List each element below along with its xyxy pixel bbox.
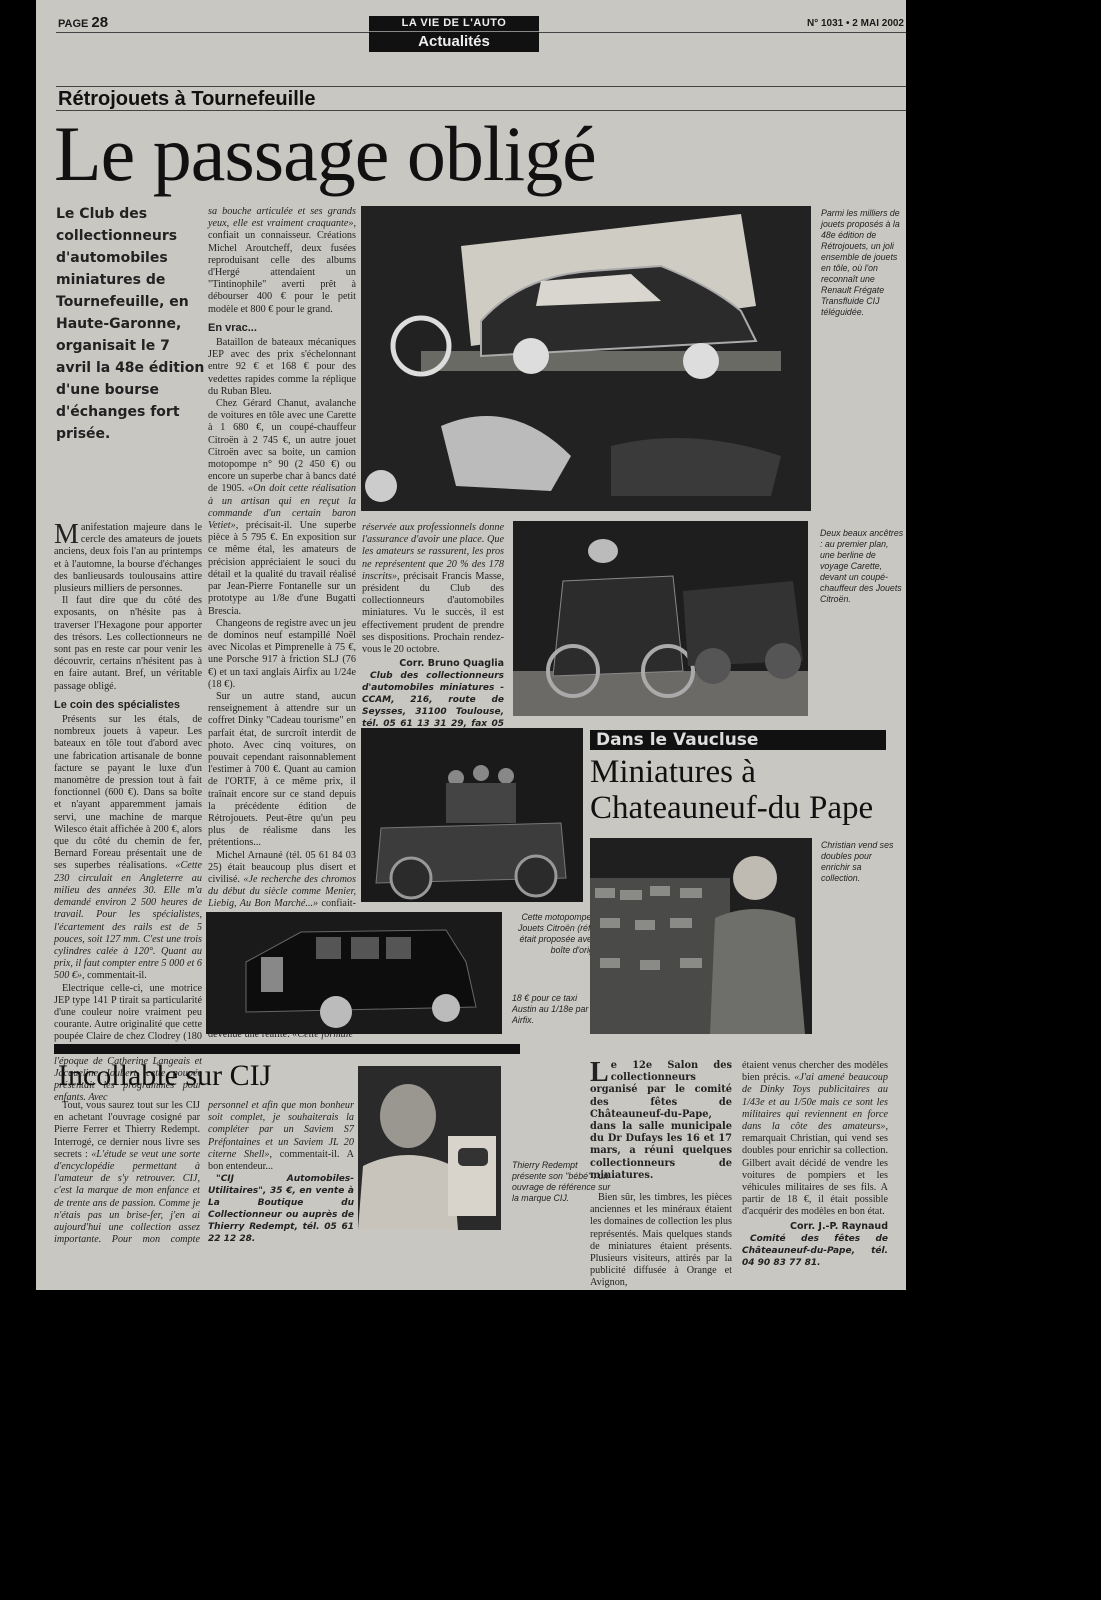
- page-number: PAGE 28: [58, 14, 108, 31]
- carette-photo: [513, 521, 808, 716]
- paragraph: Sur un autre stand, aucun renseignement …: [208, 691, 356, 850]
- headline-line-2: Chateauneuf-du Pape: [590, 790, 873, 826]
- newspaper-page: PAGE 28 LA VIE DE L'AUTO Actualités N° 1…: [36, 0, 906, 1290]
- tin-car-illustration: [361, 206, 811, 511]
- paragraph: Il faut dire que du côté des exposants, …: [54, 595, 202, 693]
- signature: Corr. J.-P. Raynaud: [742, 1221, 888, 1233]
- taxi-illustration: [206, 912, 502, 1034]
- motopompe-photo: [361, 728, 583, 902]
- paragraph: , précisait-il. Une superbe pièce à 5 79…: [208, 520, 356, 616]
- headline: Le passage obligé: [54, 112, 596, 196]
- article-column-1: Manifestation majeure dans le cercle des…: [54, 522, 202, 1105]
- drop-cap: M: [54, 524, 79, 546]
- article-lead: Le Club des collectionneurs d'automobile…: [56, 203, 206, 445]
- section-rubric: LA VIE DE L'AUTO Actualités: [369, 16, 539, 52]
- antique-car-illustration: [513, 521, 808, 716]
- paragraph: , confiait un connaisseur. Créations Mic…: [208, 218, 356, 314]
- book-info: "CIJ Automobiles-Utilitaires", 35 €, en …: [208, 1173, 354, 1245]
- cij-box-bar: [54, 1044, 520, 1054]
- cij-caption: Thierry Redempt présente son "bébé" : un…: [512, 1160, 612, 1204]
- vaucluse-headline: Miniatures à Chateauneuf-du Pape: [590, 754, 873, 826]
- austin-taxi-photo: [206, 912, 502, 1034]
- christian-photo: [590, 838, 812, 1034]
- headline-line-1: Miniatures à: [590, 754, 873, 790]
- collector-stand-illustration: [590, 838, 812, 1034]
- rubric-bottom: Actualités: [369, 32, 539, 50]
- vaucluse-column-2: étaient venus chercher des modèles bien …: [742, 1060, 888, 1269]
- kicker-rule-top: [56, 86, 906, 87]
- issue-date: N° 1031 • 2 MAI 2002: [807, 18, 904, 29]
- kicker: Rétrojouets à Tournefeuille: [58, 88, 315, 111]
- paragraph: Chez Gérard Chanut, avalanche de voiture…: [208, 398, 356, 494]
- paragraph: Changeons de registre avec un jeu de dom…: [208, 618, 356, 691]
- cij-body: Tout, vous saurez tout sur les CIJ en ac…: [54, 1100, 354, 1246]
- subhead-en-vrac: En vrac...: [208, 322, 356, 334]
- paragraph: Bataillon de bateaux mécaniques JEP avec…: [208, 337, 356, 398]
- paragraph: , remarquait Christian, qui vend ses dou…: [742, 1121, 888, 1217]
- thierry-redempt-photo: [358, 1066, 501, 1230]
- fire-truck-illustration: [361, 728, 583, 902]
- drop-cap: L: [590, 1062, 609, 1084]
- photo4-caption: 18 € pour ce taxi Austin au 1/18e par Ai…: [512, 993, 602, 1026]
- signature: Corr. Bruno Quaglia: [362, 658, 504, 670]
- paragraph: , commentait-il.: [82, 970, 147, 981]
- paragraph: Bien sûr, les timbres, les pièces ancien…: [590, 1192, 732, 1290]
- quote: «Cette 230 circulait en Angleterre au mi…: [54, 860, 202, 981]
- rubric-top: LA VIE DE L'AUTO: [369, 16, 539, 32]
- vaucluse-section-bar: Dans le Vaucluse: [590, 730, 886, 750]
- photo2-caption: Deux beaux ancêtres : au premier plan, u…: [820, 528, 905, 605]
- toy-display-photo: [361, 206, 811, 511]
- cij-headline: Incollable sur CIJ: [58, 1058, 271, 1094]
- author-with-book-illustration: [358, 1066, 501, 1230]
- christian-caption: Christian vend ses doubles pour enrichir…: [821, 840, 901, 884]
- comite-address: Comité des fêtes de Châteauneuf-du-Pape,…: [742, 1233, 888, 1269]
- paragraph: , précisait Francis Masse, président du …: [362, 571, 504, 655]
- quote: sa bouche articulée et ses grands yeux, …: [208, 206, 356, 229]
- article-column-3: réservée aux professionnels donne l'assu…: [362, 522, 504, 742]
- subhead-specialistes: Le coin des spécialistes: [54, 699, 202, 711]
- photo1-caption: Parmi les milliers de jouets proposés à …: [821, 208, 903, 318]
- paragraph: Présents sur les étals, de nombreux joue…: [54, 714, 202, 871]
